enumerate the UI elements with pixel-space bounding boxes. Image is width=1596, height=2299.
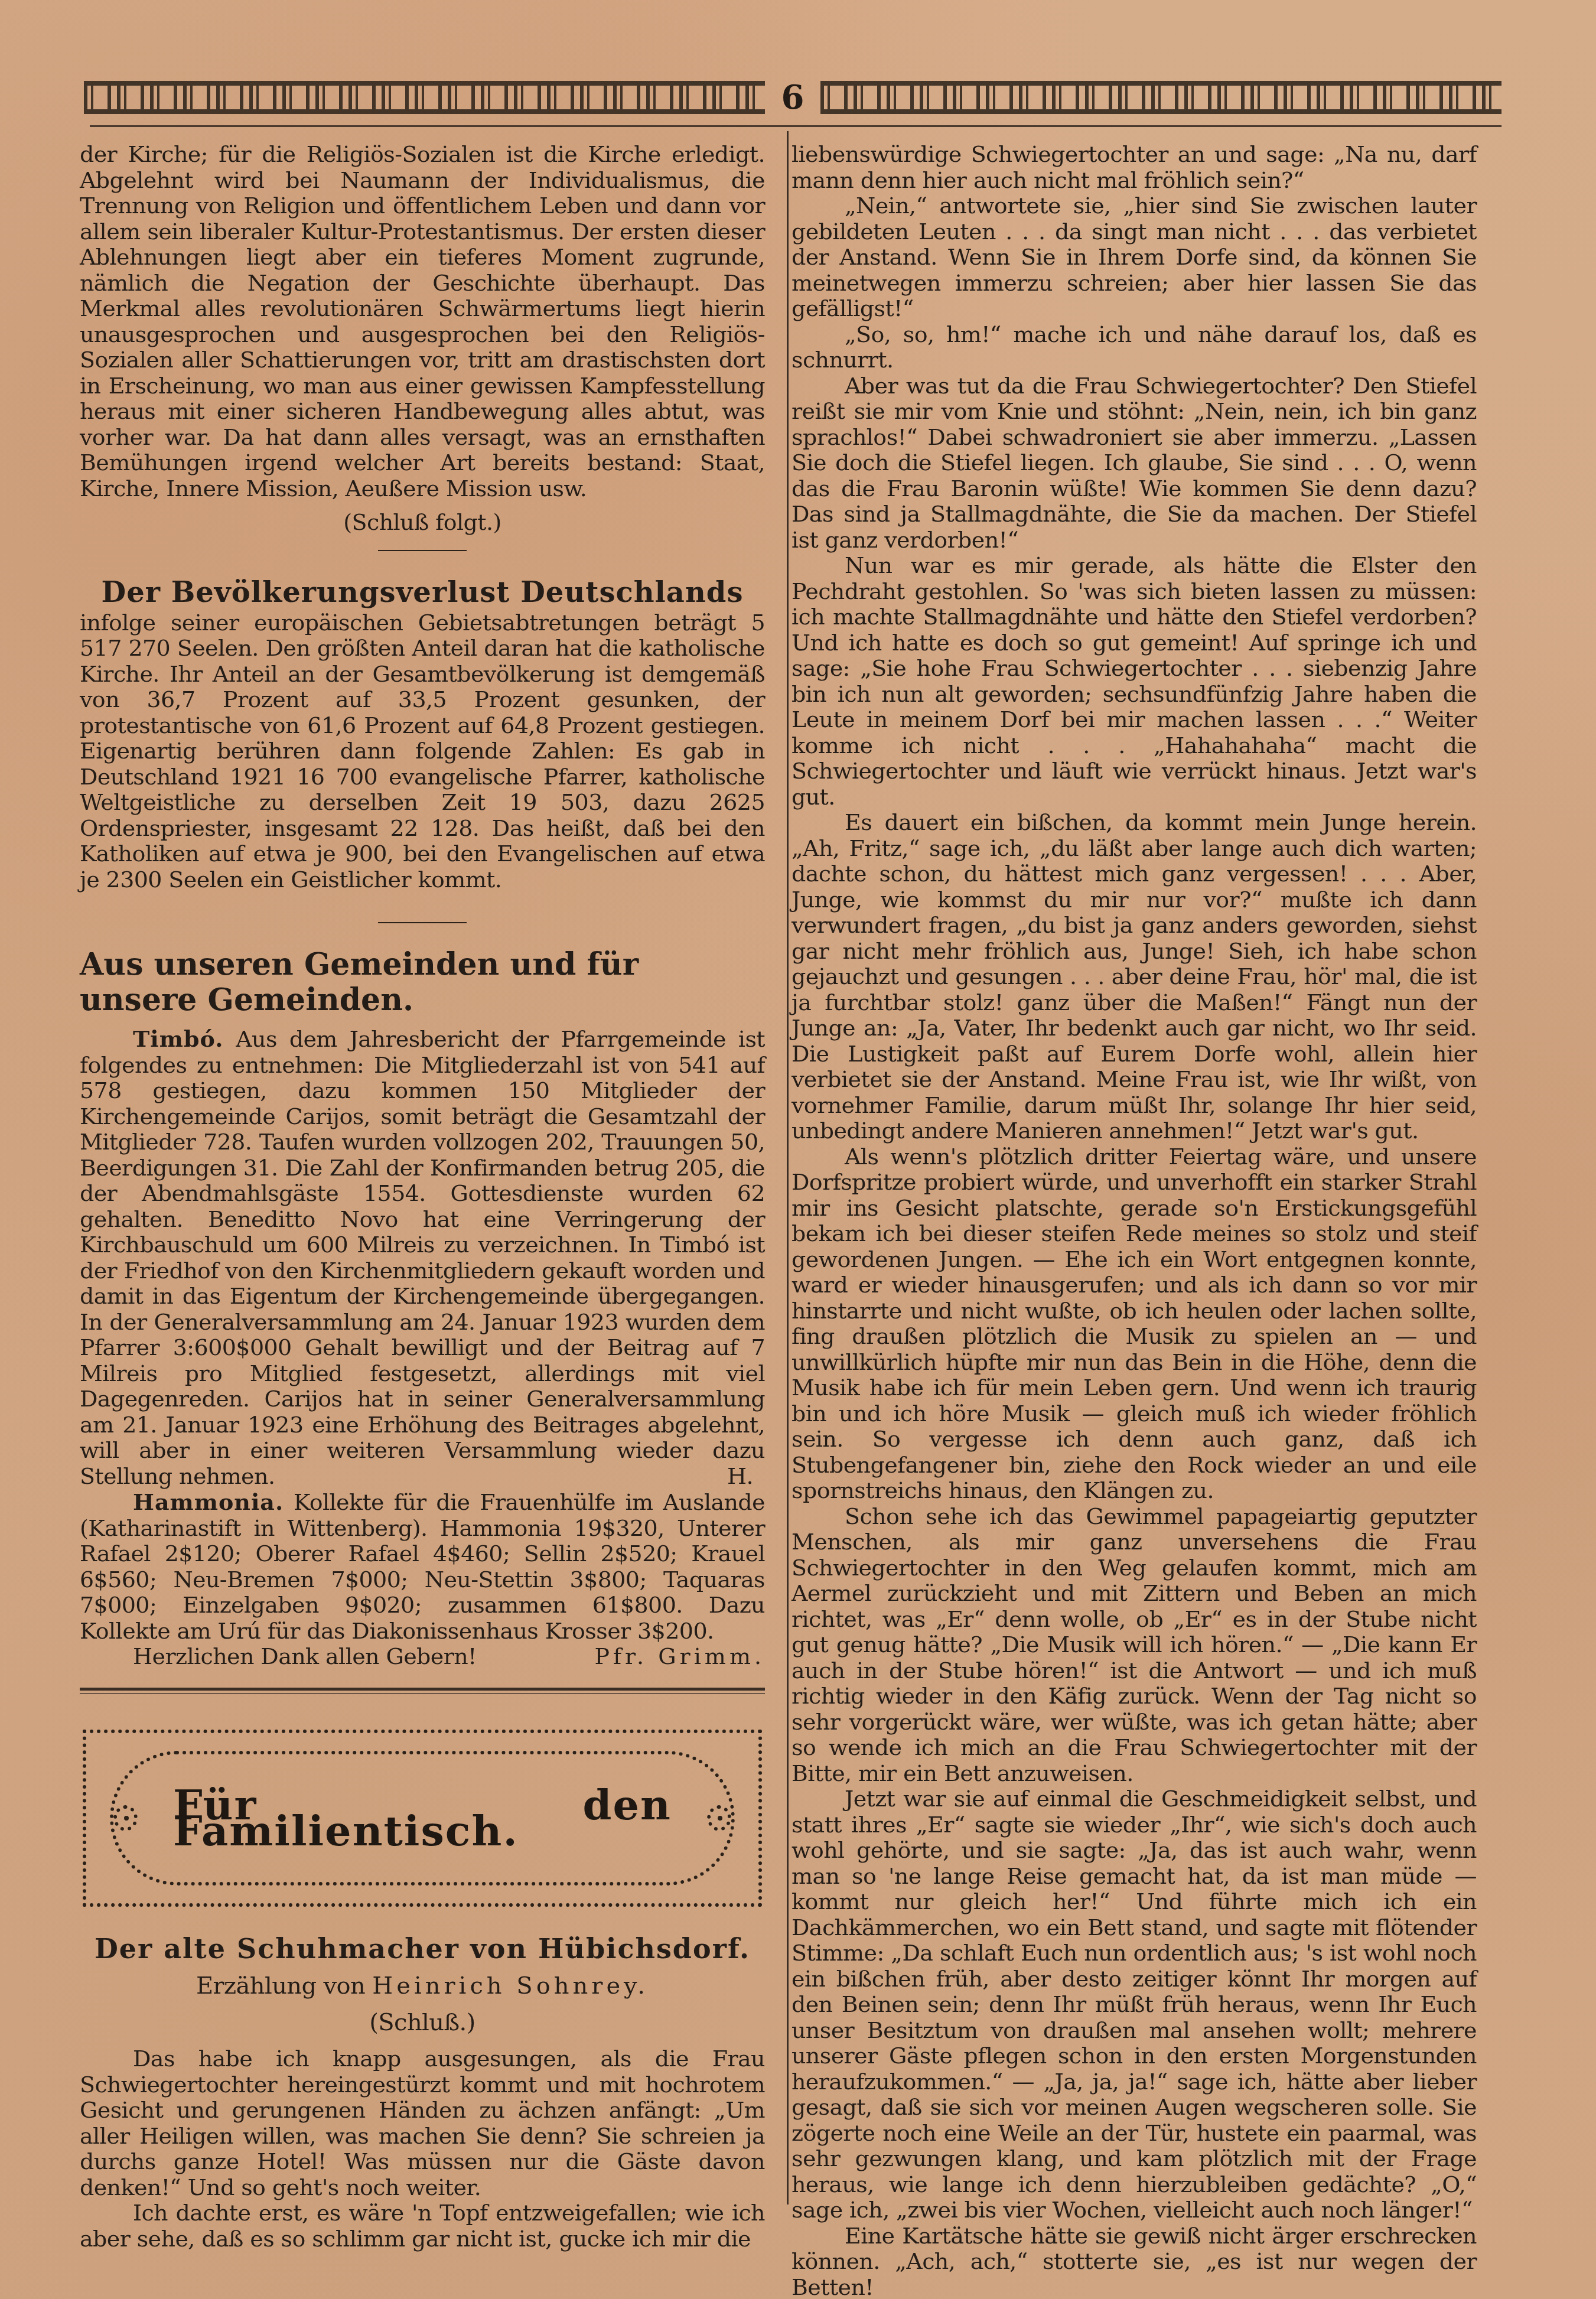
story-paragraph: Nun war es mir gerade, als hätte die Els… [792, 553, 1477, 810]
story-part: (Schluß.) [80, 2010, 765, 2036]
article-title: Aus unseren Gemeinden und für unsere Gem… [80, 947, 765, 1018]
story-paragraph: Eine Kartätsche hätte sie gewiß nicht är… [792, 2223, 1477, 2299]
story-paragraph: Als wenn's plötzlich dritter Feiertag wä… [792, 1144, 1477, 1504]
story-paragraph: „Nein,“ antwortete sie, „hier sind Sie z… [792, 193, 1477, 322]
article-paragraph: der Kirche; für die Religiös-Sozialen is… [80, 142, 765, 502]
rosette-ornament-icon [113, 1805, 138, 1831]
left-column: der Kirche; für die Religiös-Sozialen is… [80, 142, 765, 2252]
column-divider [787, 131, 789, 2204]
report-hammonia: Hammonia. Kollekte für die Frauenhülfe i… [80, 1489, 765, 1644]
report-signature: Pfr. Grimm. [594, 1644, 765, 1670]
page-header: 6 [84, 77, 1501, 118]
report-signature: H. [674, 1464, 753, 1490]
thanks-line: Herzlichen Dank allen Gebern! [133, 1644, 477, 1670]
story-paragraph: Jetzt war sie auf einmal die Geschmeidig… [792, 1786, 1477, 2223]
feature-title: Für den Familientisch. [173, 1792, 672, 1844]
section-divider [378, 922, 467, 923]
report-body: Aus dem Jahresbericht der Pfarrgemeinde … [80, 1026, 765, 1489]
story-title: Der alte Schuhmacher von Hübichsdorf. [80, 1936, 765, 1962]
continuation-note: (Schluß folgt.) [80, 510, 765, 536]
byline-prefix: Erzählung von [196, 1972, 365, 2000]
report-closing: Herzlichen Dank allen Gebern! Pfr. Grimm… [80, 1644, 765, 1670]
article-religious-social: der Kirche; für die Religiös-Sozialen is… [80, 142, 765, 551]
story-paragraph: Das habe ich knapp ausgesungen, als die … [80, 2046, 765, 2200]
article-body: infolge seiner europäischen Gebietsabtre… [80, 610, 765, 893]
story-paragraph: Ich dachte erst, es wäre 'n Topf entzwei… [80, 2200, 765, 2252]
story-paragraph: Schon sehe ich das Gewimmel papageiartig… [792, 1504, 1477, 1787]
story-paragraph: Aber was tut da die Frau Schwiegertochte… [792, 373, 1477, 553]
story-paragraph: Es dauert ein bißchen, da kommt mein Jun… [792, 810, 1477, 1144]
article-population-loss: Der Bevölkerungsverlust Deutschlands inf… [80, 575, 765, 924]
article-communities: Aus unseren Gemeinden und für unsere Gem… [80, 947, 765, 1694]
story-section: Der alte Schuhmacher von Hübichsdorf. Er… [80, 1936, 765, 2252]
rosette-ornament-icon [707, 1805, 731, 1831]
header-ornament-right [820, 81, 1501, 114]
story-author: Heinrich Sohnrey. [372, 1972, 649, 2000]
section-double-rule [80, 1688, 765, 1694]
report-place: Hammonia. [133, 1489, 284, 1515]
header-rule [90, 125, 1501, 127]
article-title: Der Bevölkerungsverlust Deutschlands [80, 575, 765, 610]
story-paragraph: liebenswürdige Schwiegertochter an und s… [792, 142, 1477, 193]
feature-box: Für den Familientisch. [83, 1730, 762, 1907]
right-column: liebenswürdige Schwiegertochter an und s… [792, 142, 1477, 2299]
report-place: Timbó. [133, 1025, 223, 1052]
section-divider [378, 550, 467, 551]
report-timbo: Timbó. Aus dem Jahresbericht der Pfarrge… [80, 1026, 765, 1489]
page-number: 6 [781, 78, 804, 117]
story-paragraph: „So, so, hm!“ mache ich und nähe darauf … [792, 322, 1477, 373]
header-ornament-left [84, 81, 765, 114]
feature-box-inner: Für den Familientisch. [110, 1751, 735, 1886]
story-byline: Erzählung von Heinrich Sohnrey. [80, 1974, 765, 2000]
